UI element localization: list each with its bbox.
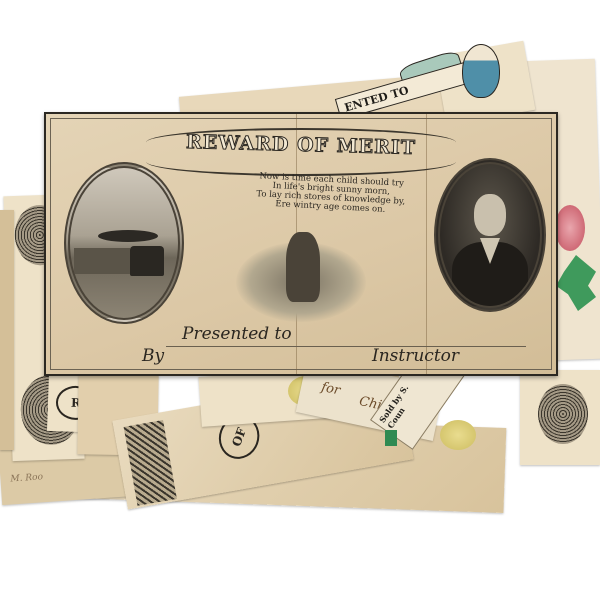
wall	[74, 248, 130, 274]
balloon-illustration	[462, 44, 500, 98]
yellow-flower	[440, 420, 476, 450]
green-leaf-small	[385, 430, 397, 446]
ornate-border-panel	[124, 420, 177, 506]
locomotive	[130, 246, 164, 276]
rose-illustration	[555, 205, 585, 251]
portrait-vignette	[434, 158, 546, 312]
signature: M. Roo	[10, 472, 43, 484]
seated-figure	[286, 232, 320, 302]
face	[474, 194, 506, 236]
back-card-right-engraved	[520, 370, 600, 465]
engraved-medallion	[538, 384, 588, 444]
train-vignette	[64, 162, 184, 324]
presented-to-line	[166, 346, 526, 347]
back-card-left-edge	[0, 210, 14, 450]
presented-to-label: Presented to	[182, 324, 292, 344]
reward-of-merit-card: REWARD OF MERIT Now is time each child s…	[44, 112, 558, 376]
by-label: By	[142, 346, 164, 366]
handwriting-for: for	[320, 380, 342, 399]
instructor-label: Instructor	[372, 346, 459, 366]
smoke	[98, 230, 158, 242]
